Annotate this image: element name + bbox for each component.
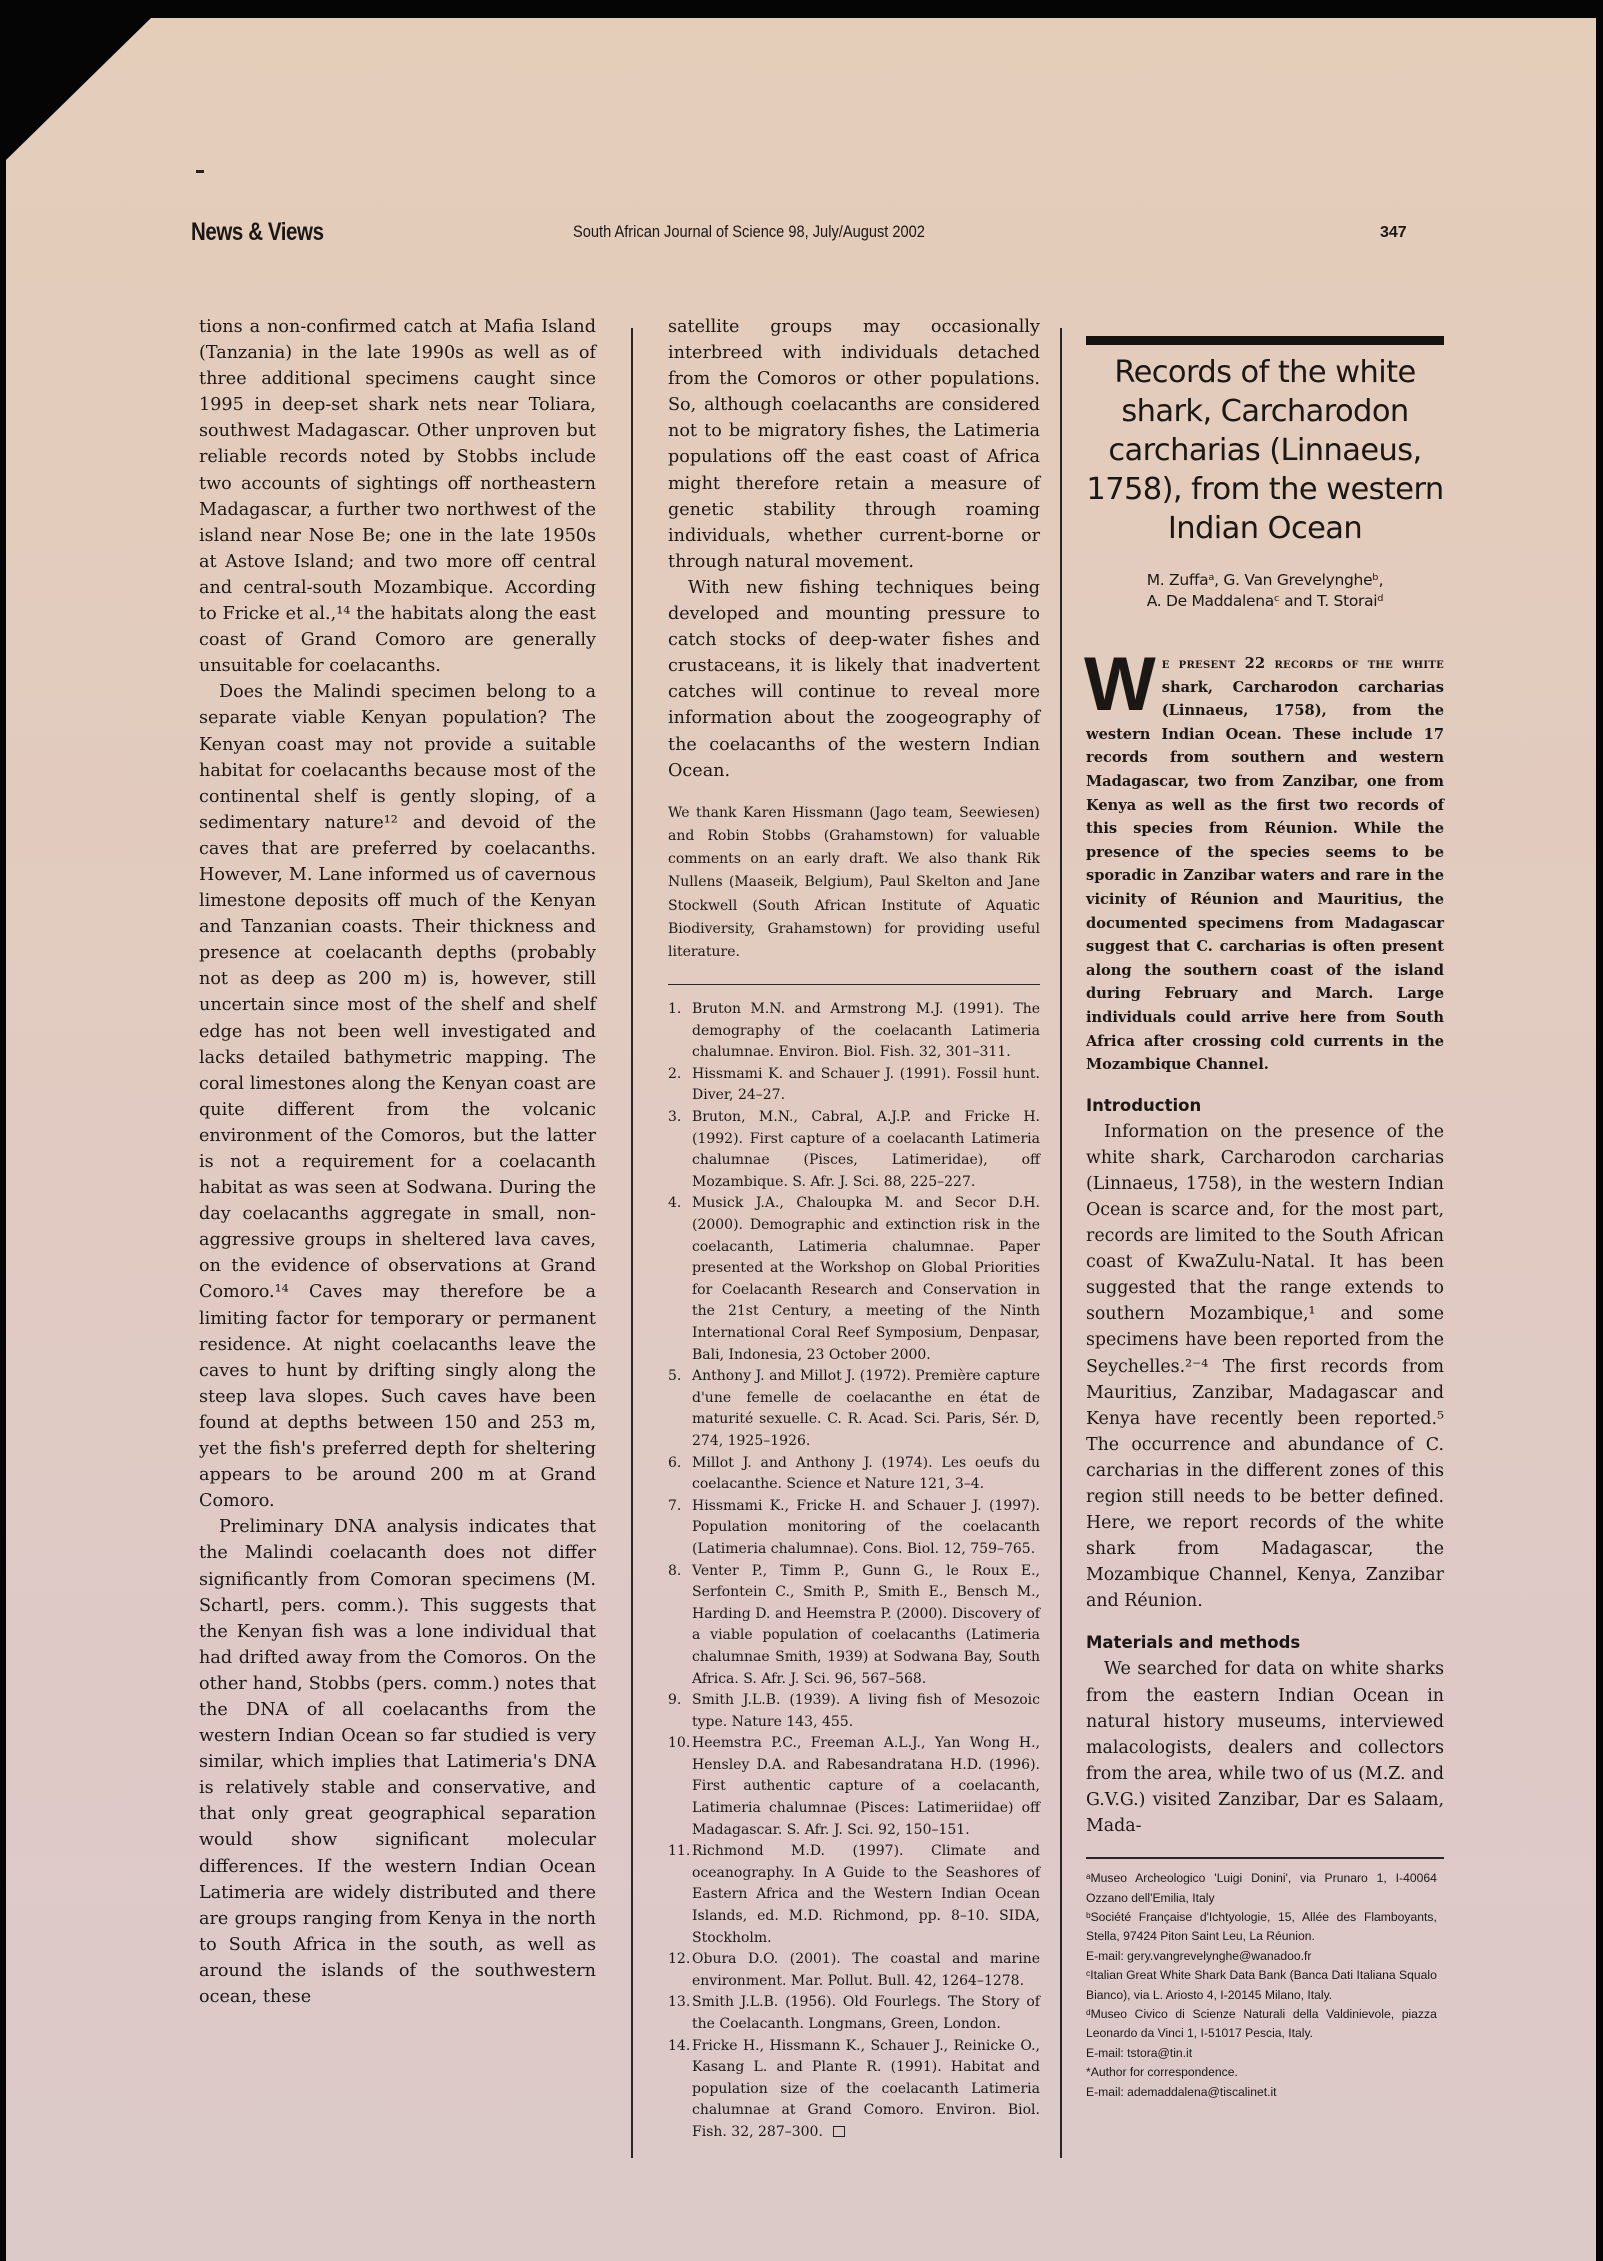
journal-citation: South African Journal of Science 98, Jul…	[573, 222, 925, 242]
correspondence-note: *Author for correspondence.	[1086, 2063, 1437, 2082]
reference-item: 14.Fricke H., Hissmann K., Schauer J., R…	[668, 2036, 1040, 2144]
affiliation: ᶜItalian Great White Shark Data Bank (Ba…	[1086, 1966, 1437, 2005]
affiliation: ᵈMuseo Civico di Scienze Naturali della …	[1086, 2005, 1437, 2044]
abstract-text: shark, Carcharodon carcharias (Linnaeus,…	[1086, 679, 1444, 1074]
affiliation: ᵃMuseo Archeologico 'Luigi Donini', via …	[1086, 1869, 1437, 1908]
paragraph: satellite groups may occasionally interb…	[668, 314, 1040, 575]
section-tag: News & Views	[191, 218, 324, 247]
authors-line: M. Zuffaᵃ, G. Van Grevelyngheᵇ,	[1086, 570, 1444, 591]
footnote-rule	[1086, 1857, 1444, 1859]
article-body: Introduction Information on the presence…	[1086, 1095, 1444, 1839]
reference-item: 6.Millot J. and Anthony J. (1974). Les o…	[668, 1453, 1040, 1496]
reference-item: 9.Smith J.L.B. (1939). A living fish of …	[668, 1690, 1040, 1733]
section-heading-methods: Materials and methods	[1086, 1632, 1444, 1654]
reference-item: 11.Richmond M.D. (1997). Climate and oce…	[668, 1841, 1040, 1949]
reference-list: 1.Bruton M.N. and Armstrong M.J. (1991).…	[668, 999, 1040, 2143]
reference-item: 7.Hissmami K., Fricke H. and Schauer J. …	[668, 1496, 1040, 1561]
column-divider-2	[1060, 328, 1062, 2158]
paragraph: Information on the presence of the white…	[1086, 1119, 1444, 1615]
abstract: W e present 22 records of the white shar…	[1086, 652, 1444, 1077]
affiliation-email: E-mail: tstora@tin.it	[1086, 2044, 1437, 2063]
authors-line: A. De Maddalenaᶜ and T. Storaiᵈ	[1086, 591, 1444, 612]
column-left: tions a non-confirmed catch at Mafia Isl…	[199, 314, 596, 2010]
reference-item: 13.Smith J.L.B. (1956). Old Fourlegs. Th…	[668, 1992, 1040, 2035]
print-speck	[196, 170, 204, 173]
acknowledgements: We thank Karen Hissmann (Jago team, Seew…	[668, 802, 1040, 964]
article-title: Records of the white shark, Carcharodon …	[1086, 353, 1444, 548]
affiliations: ᵃMuseo Archeologico 'Luigi Donini', via …	[1086, 1869, 1437, 2102]
page-number: 347	[1380, 224, 1407, 242]
paragraph: With new fishing techniques being develo…	[668, 575, 1040, 784]
running-header: News & Views South African Journal of Sc…	[6, 200, 1596, 240]
reference-item: 5.Anthony J. and Millot J. (1972). Premi…	[668, 1366, 1040, 1452]
drop-cap: W	[1084, 654, 1156, 716]
correspondence-email: E-mail: ademaddalena@tiscalinet.it	[1086, 2083, 1437, 2102]
title-rule	[1086, 336, 1444, 345]
paragraph: We searched for data on white sharks fro…	[1086, 1656, 1444, 1839]
author-list: M. Zuffaᵃ, G. Van Grevelyngheᵇ, A. De Ma…	[1086, 570, 1444, 612]
affiliation: ᵇSociété Française d'Ichtyologie, 15, Al…	[1086, 1908, 1437, 1947]
references-rule	[668, 984, 1040, 985]
reference-item: 4.Musick J.A., Chaloupka M. and Secor D.…	[668, 1193, 1040, 1366]
column-divider-1	[631, 328, 633, 2158]
affiliation-email: E-mail: gery.vangrevelynghe@wanadoo.fr	[1086, 1947, 1437, 1966]
column-middle: satellite groups may occasionally interb…	[668, 314, 1040, 2144]
column-right: Records of the white shark, Carcharodon …	[1086, 336, 1444, 2102]
reference-item: 12.Obura D.O. (2001). The coastal and ma…	[668, 1949, 1040, 1992]
journal-page: News & Views South African Journal of Sc…	[6, 18, 1596, 2261]
reference-item: 8.Venter P., Timm P., Gunn G., le Roux E…	[668, 1561, 1040, 1691]
reference-item: 10.Heemstra P.C., Freeman A.L.J., Yan Wo…	[668, 1733, 1040, 1841]
paragraph: tions a non-confirmed catch at Mafia Isl…	[199, 314, 596, 679]
reference-item: 3.Bruton, M.N., Cabral, A.J.P. and Frick…	[668, 1107, 1040, 1193]
paragraph: Does the Malindi specimen belong to a se…	[199, 679, 596, 1514]
reference-item: 2.Hissmami K. and Schauer J. (1991). Fos…	[668, 1064, 1040, 1107]
section-heading-introduction: Introduction	[1086, 1095, 1444, 1117]
reference-item: 1.Bruton M.N. and Armstrong M.J. (1991).…	[668, 999, 1040, 1064]
paragraph: Preliminary DNA analysis indicates that …	[199, 1514, 596, 2010]
abstract-lead: e present 22 records of the white	[1162, 655, 1444, 672]
end-of-article-icon	[833, 2126, 845, 2137]
